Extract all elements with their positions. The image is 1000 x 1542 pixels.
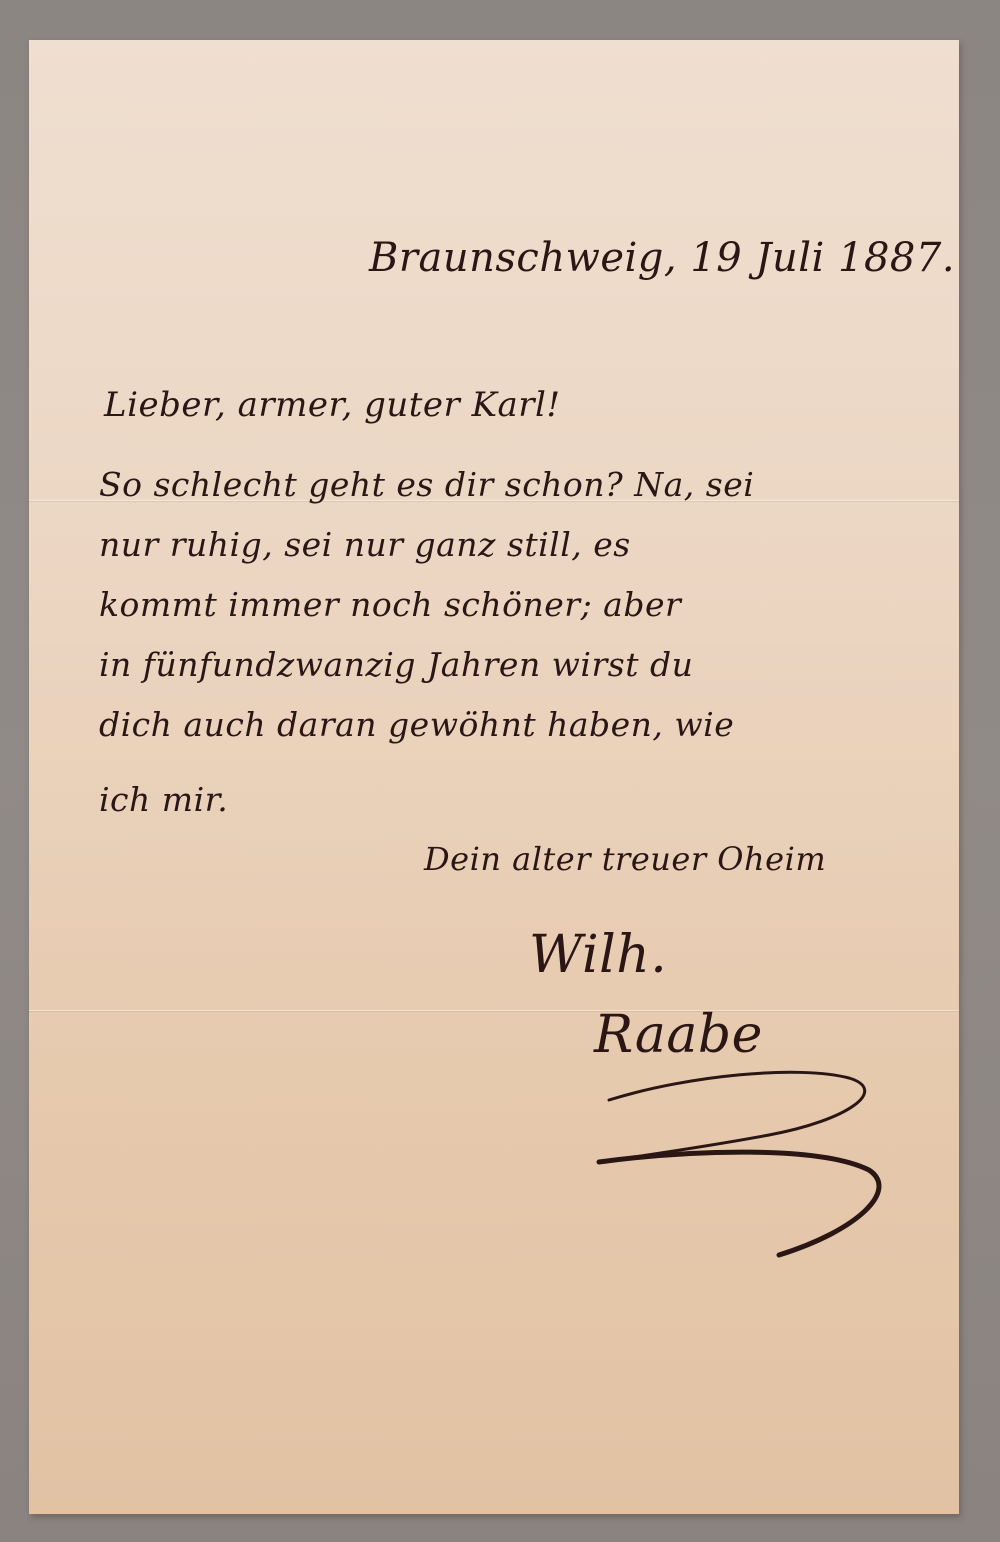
fold-line-lower [29, 1010, 959, 1011]
body-line: nur ruhig, sei nur ganz still, es [99, 525, 631, 564]
body-line: kommt immer noch schöner; aber [99, 585, 681, 624]
body-line: ich mir. [99, 780, 228, 819]
body-line: in fünfundzwanzig Jahren wirst du [99, 645, 693, 684]
dateline: Braunschweig, 19 Juli 1887. [369, 235, 955, 281]
closing: Dein alter treuer Oheim [424, 840, 826, 878]
body-line: So schlecht geht es dir schon? Na, sei [99, 465, 754, 504]
signature-flourish-icon [569, 1050, 889, 1260]
letter-paper: Braunschweig, 19 Juli 1887. Lieber, arme… [29, 40, 959, 1514]
salutation: Lieber, armer, guter Karl! [104, 385, 561, 425]
body-line: dich auch daran gewöhnt haben, wie [99, 705, 734, 744]
signature-first-name: Wilh. [529, 925, 667, 985]
